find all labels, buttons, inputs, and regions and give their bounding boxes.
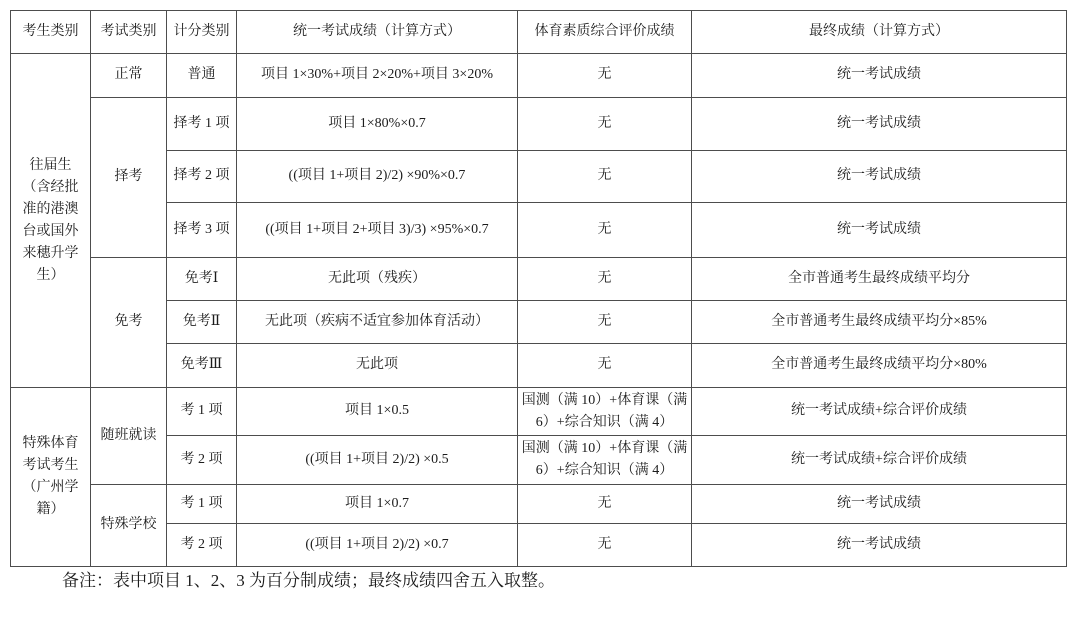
candidate-category-label: 特殊体育考试考生（广州学籍） — [20, 433, 82, 521]
scoring-category-cell: 考 2 项 — [167, 436, 237, 484]
header-scoring-category: 计分类别 — [167, 11, 237, 54]
final-score-cell: 统一考试成绩+综合评价成绩 — [692, 388, 1067, 436]
scoring-category-cell: 普通 — [167, 54, 237, 98]
unified-formula-cell: ((项目 1+项目 2)/2) ×90%×0.7 — [237, 151, 518, 203]
exam-category-cell: 正常 — [91, 54, 167, 98]
unified-formula-cell: 项目 1×0.5 — [237, 388, 518, 436]
scoring-category-cell: 考 1 项 — [167, 388, 237, 436]
pe-eval-cell: 无 — [518, 344, 692, 388]
unified-formula-cell: ((项目 1+项目 2+项目 3)/3) ×95%×0.7 — [237, 203, 518, 258]
table-row: 免考 免考Ⅰ 无此项（残疾） 无 全市普通考生最终成绩平均分 — [11, 258, 1067, 301]
unified-formula-cell: ((项目 1+项目 2)/2) ×0.7 — [237, 523, 518, 566]
document-page: 考生类别 考试类别 计分类别 统一考试成绩（计算方式） 体育素质综合评价成绩 最… — [0, 0, 1080, 620]
pe-eval-cell: 国测（满 10）+体育课（满 6）+综合知识（满 4） — [518, 436, 692, 484]
exam-category-cell: 特殊学校 — [91, 484, 167, 566]
table-row: 免考Ⅲ 无此项 无 全市普通考生最终成绩平均分×80% — [11, 344, 1067, 388]
scoring-category-cell: 考 1 项 — [167, 484, 237, 523]
final-score-cell: 全市普通考生最终成绩平均分×80% — [692, 344, 1067, 388]
final-score-cell: 统一考试成绩+综合评价成绩 — [692, 436, 1067, 484]
table-row: 考 2 项 ((项目 1+项目 2)/2) ×0.7 无 统一考试成绩 — [11, 523, 1067, 566]
pe-eval-cell: 无 — [518, 523, 692, 566]
final-score-cell: 统一考试成绩 — [692, 54, 1067, 98]
table-row: 特殊学校 考 1 项 项目 1×0.7 无 统一考试成绩 — [11, 484, 1067, 523]
table-row: 免考Ⅱ 无此项（疾病不适宜参加体育活动） 无 全市普通考生最终成绩平均分×85% — [11, 301, 1067, 344]
pe-eval-cell: 无 — [518, 484, 692, 523]
pe-eval-cell: 无 — [518, 258, 692, 301]
scoring-category-cell: 免考Ⅰ — [167, 258, 237, 301]
final-score-cell: 统一考试成绩 — [692, 151, 1067, 203]
scoring-category-cell: 择考 1 项 — [167, 98, 237, 151]
table-row: 择考 择考 1 项 项目 1×80%×0.7 无 统一考试成绩 — [11, 98, 1067, 151]
unified-formula-cell: 无此项（残疾） — [237, 258, 518, 301]
table-row: 择考 3 项 ((项目 1+项目 2+项目 3)/3) ×95%×0.7 无 统… — [11, 203, 1067, 258]
final-score-cell: 统一考试成绩 — [692, 523, 1067, 566]
scoring-category-cell: 考 2 项 — [167, 523, 237, 566]
pe-eval-cell: 无 — [518, 151, 692, 203]
candidate-category-cell: 往届生（含经批准的港澳台或国外来穗升学生） — [11, 54, 91, 388]
table-row: 特殊体育考试考生（广州学籍） 随班就读 考 1 项 项目 1×0.5 国测（满 … — [11, 388, 1067, 436]
candidate-category-label: 往届生（含经批准的港澳台或国外来穗升学生） — [20, 155, 82, 287]
header-candidate-category: 考生类别 — [11, 11, 91, 54]
pe-eval-cell: 无 — [518, 203, 692, 258]
header-exam-category: 考试类别 — [91, 11, 167, 54]
pe-eval-cell: 国测（满 10）+体育课（满 6）+综合知识（满 4） — [518, 388, 692, 436]
pe-eval-cell: 无 — [518, 54, 692, 98]
header-unified-score: 统一考试成绩（计算方式） — [237, 11, 518, 54]
header-pe-quality-eval: 体育素质综合评价成绩 — [518, 11, 692, 54]
final-score-cell: 全市普通考生最终成绩平均分×85% — [692, 301, 1067, 344]
pe-eval-cell: 无 — [518, 98, 692, 151]
final-score-cell: 统一考试成绩 — [692, 98, 1067, 151]
scoring-category-cell: 择考 2 项 — [167, 151, 237, 203]
final-score-cell: 统一考试成绩 — [692, 484, 1067, 523]
candidate-category-cell: 特殊体育考试考生（广州学籍） — [11, 388, 91, 567]
unified-formula-cell: 项目 1×30%+项目 2×20%+项目 3×20% — [237, 54, 518, 98]
unified-formula-cell: 项目 1×0.7 — [237, 484, 518, 523]
table-row: 择考 2 项 ((项目 1+项目 2)/2) ×90%×0.7 无 统一考试成绩 — [11, 151, 1067, 203]
header-row: 考生类别 考试类别 计分类别 统一考试成绩（计算方式） 体育素质综合评价成绩 最… — [11, 11, 1067, 54]
pe-eval-cell: 无 — [518, 301, 692, 344]
exam-category-cell: 择考 — [91, 98, 167, 258]
scoring-category-cell: 免考Ⅱ — [167, 301, 237, 344]
unified-formula-cell: ((项目 1+项目 2)/2) ×0.5 — [237, 436, 518, 484]
exam-category-cell: 随班就读 — [91, 388, 167, 485]
unified-formula-cell: 无此项 — [237, 344, 518, 388]
unified-formula-cell: 无此项（疾病不适宜参加体育活动） — [237, 301, 518, 344]
table-row: 考 2 项 ((项目 1+项目 2)/2) ×0.5 国测（满 10）+体育课（… — [11, 436, 1067, 484]
exam-category-cell: 免考 — [91, 258, 167, 388]
final-score-cell: 全市普通考生最终成绩平均分 — [692, 258, 1067, 301]
table-row: 往届生（含经批准的港澳台或国外来穗升学生） 正常 普通 项目 1×30%+项目 … — [11, 54, 1067, 98]
footnote: 备注：表中项目 1、2、3 为百分制成绩；最终成绩四舍五入取整。 — [62, 569, 555, 593]
scoring-category-cell: 免考Ⅲ — [167, 344, 237, 388]
scoring-category-cell: 择考 3 项 — [167, 203, 237, 258]
score-rules-table: 考生类别 考试类别 计分类别 统一考试成绩（计算方式） 体育素质综合评价成绩 最… — [10, 10, 1067, 567]
final-score-cell: 统一考试成绩 — [692, 203, 1067, 258]
unified-formula-cell: 项目 1×80%×0.7 — [237, 98, 518, 151]
header-final-score: 最终成绩（计算方式） — [692, 11, 1067, 54]
